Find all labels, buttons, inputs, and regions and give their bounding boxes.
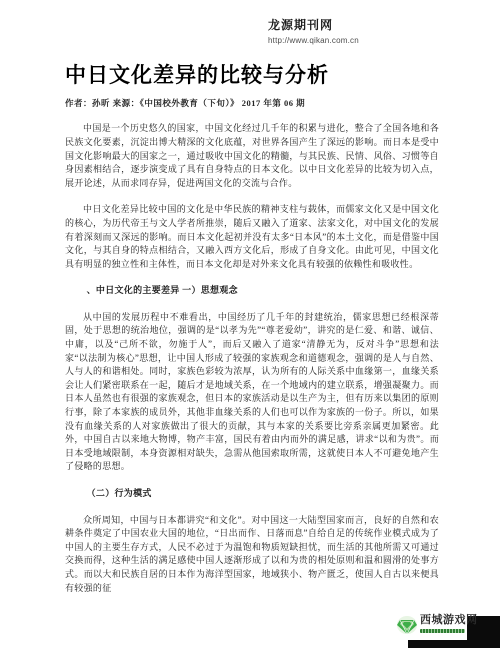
site-watermark: 西城游戏网 [396, 610, 500, 648]
body-paragraph: 中国是一个历史悠久的国家，中国文化经过几千年的积累与进化，整合了全国各地和各民族… [65, 122, 439, 190]
site-masthead: 龙源期刊网 http://www.qikan.com.cn [268, 16, 359, 45]
watermark-site-name: 西城游戏网 [420, 613, 478, 627]
site-url-link[interactable]: http://www.qikan.com.cn [268, 36, 359, 45]
article-content: 中日文化差异的比较与分析 作者：孙昕 来源：《中国校外教育（下旬）》 2017 … [65, 62, 439, 608]
gem-icon [396, 611, 418, 637]
body-paragraph: 从中国的发展历程中不难看出，中国经历了几千年的封建统治，儒家思想已经根深蒂固，处… [65, 311, 439, 474]
watermark-tagline-strip [420, 629, 465, 633]
site-name: 龙源期刊网 [268, 16, 359, 33]
article-byline: 作者：孙昕 来源：《中国校外教育（下旬）》 2017 年第 06 期 [65, 97, 439, 109]
section-heading: （二）行为模式 [65, 487, 439, 501]
watermark-logo-card: 西城游戏网 [396, 610, 467, 640]
section-heading: 、中日文化的主要差异 一）思想观念 [65, 284, 439, 298]
watermark-black-block-bottom [408, 639, 500, 648]
body-paragraph: 众所周知，中国与日本都讲究“和文化”。对中国这一大陆型国家而言，良好的自然和农耕… [65, 514, 439, 596]
article-page: 龙源期刊网 http://www.qikan.com.cn 中日文化差异的比较与… [0, 0, 500, 648]
body-paragraph: 中日文化差异比较中国的文化是中华民族的精神支柱与载体，而儒家文化又是中国文化的核… [65, 203, 439, 271]
watermark-text-column: 西城游戏网 [420, 610, 478, 633]
article-title: 中日文化差异的比较与分析 [65, 62, 439, 90]
